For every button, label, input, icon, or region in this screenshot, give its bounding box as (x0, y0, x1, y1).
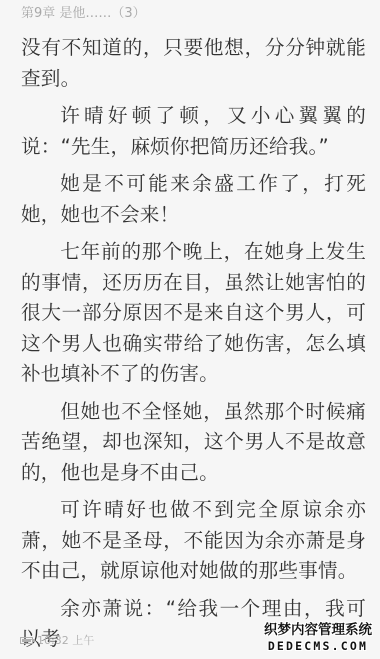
paragraph: 可许晴好也做不到完全原谅余亦萧，她不是圣母，不能因为余亦萧是身不由己，就原谅他对… (21, 495, 366, 587)
chapter-content: 没有不知道的，只要他想，分分钟就能查到。 许晴好顿了顿，又小心翼翼的说：“先生，… (21, 33, 366, 659)
site-watermark: 织梦内容管理系统 DEDECMS.COM (264, 624, 372, 652)
paragraph: 许晴好顿了顿，又小心翼翼的说：“先生，麻烦你把简历还给我。” (21, 101, 366, 162)
watermark-cn: 织梦内容管理系统 (264, 624, 372, 638)
battery-icon (20, 637, 33, 644)
watermark-en: DEDECMS.COM (264, 641, 372, 653)
paragraph: 她是不可能来余盛工作了，打死她，她也不会来！ (21, 169, 366, 230)
reader-status-bar: 10:32 上午 (20, 631, 94, 649)
paragraph: 七年前的那个晚上，在她身上发生的事情，还历历在目，虽然让她害怕的很大一部分原因不… (21, 237, 366, 390)
clock-time: 10:32 上午 (37, 632, 94, 648)
paragraph: 但她也不全怪她，虽然那个时候痛苦绝望，却也深知，这个男人不是故意的，他也是身不由… (21, 397, 366, 489)
chapter-title: 第9章 是他……（3） (21, 5, 146, 23)
paragraph: 没有不知道的，只要他想，分分钟就能查到。 (21, 33, 366, 94)
reader-page[interactable]: 第9章 是他……（3） 没有不知道的，只要他想，分分钟就能查到。 许晴好顿了顿，… (0, 0, 380, 659)
